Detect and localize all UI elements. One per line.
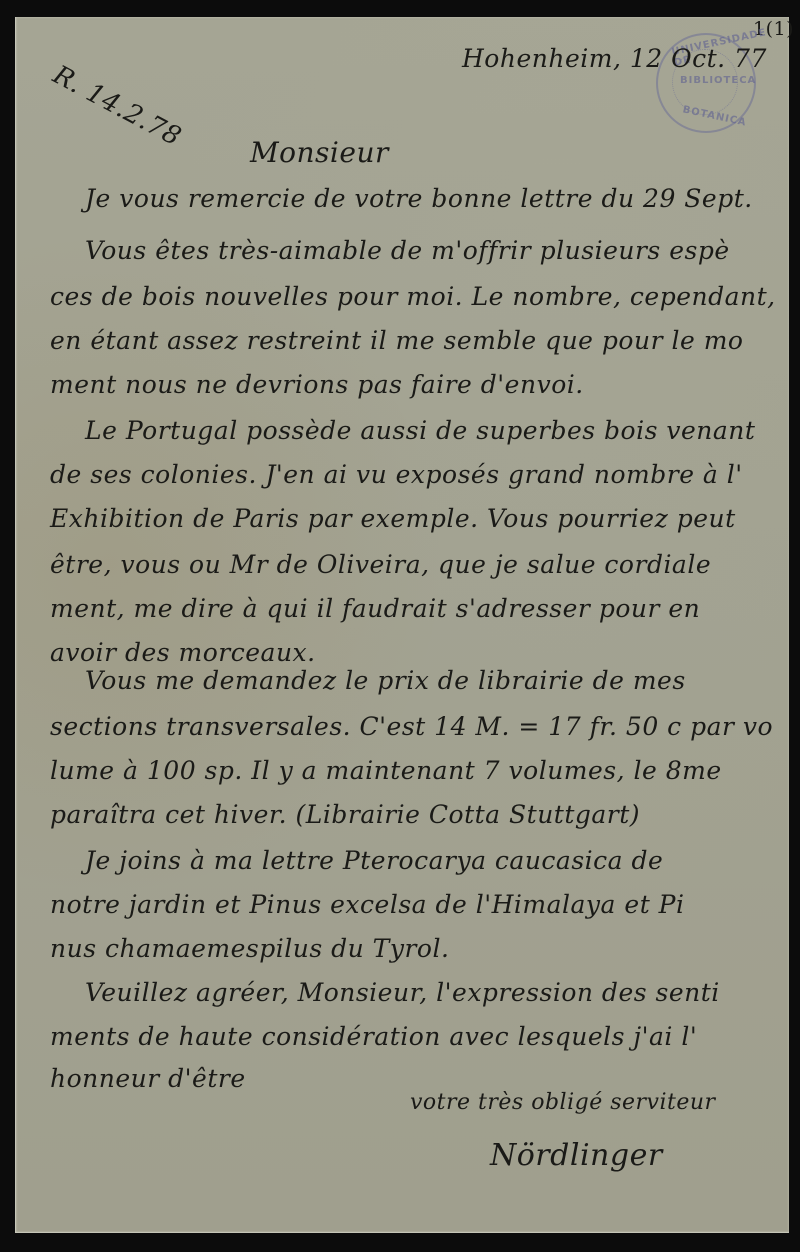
letter-line: ment nous ne devrions pas faire d'envoi. [50,370,584,399]
letter-line: Vous me demandez le prix de librairie de… [85,666,686,695]
letter-line: ments de haute considération avec lesque… [50,1022,697,1051]
salutation: Monsieur [250,136,389,169]
letter-line: Je vous remercie de votre bonne lettre d… [85,184,753,213]
letter-line: Vous êtes très-aimable de m'offrir plusi… [85,236,730,265]
letter-line: ment, me dire à qui il faudrait s'adress… [50,594,700,623]
letter-line: Exhibition de Paris par exemple. Vous po… [50,504,736,533]
letter-line: de ses colonies. J'en ai vu exposés gran… [50,460,743,489]
letter-line: sections transversales. C'est 14 M. = 17… [50,712,773,741]
letter-line: ces de bois nouvelles pour moi. Le nombr… [50,282,776,311]
signature: Nördlinger [490,1138,663,1173]
letter-line: honneur d'être [50,1064,246,1093]
letter-line: Je joins à ma lettre Pterocarya caucasic… [85,846,663,875]
letter-line: en étant assez restreint il me semble qu… [50,326,743,355]
letter-line: avoir des morceaux. [50,638,316,667]
stamp-middle-text: BIBLIOTECA [680,75,756,86]
letter-line: Le Portugal possède aussi de superbes bo… [85,416,755,445]
letter-line: notre jardin et Pinus excelsa de l'Himal… [50,890,685,919]
closing-phrase: votre très obligé serviteur [410,1090,716,1115]
letter-line: nus chamaemespilus du Tyrol. [50,934,449,963]
place-date: Hohenheim, 12 Oct. 77 [462,44,767,73]
letter-line: Veuillez agréer, Monsieur, l'expression … [85,978,720,1007]
letter-line: paraîtra cet hiver. (Librairie Cotta Stu… [50,800,640,829]
letter-line: lume à 100 sp. Il y a maintenant 7 volum… [50,756,722,785]
letter-line: être, vous ou Mr de Oliveira, que je sal… [50,550,711,579]
